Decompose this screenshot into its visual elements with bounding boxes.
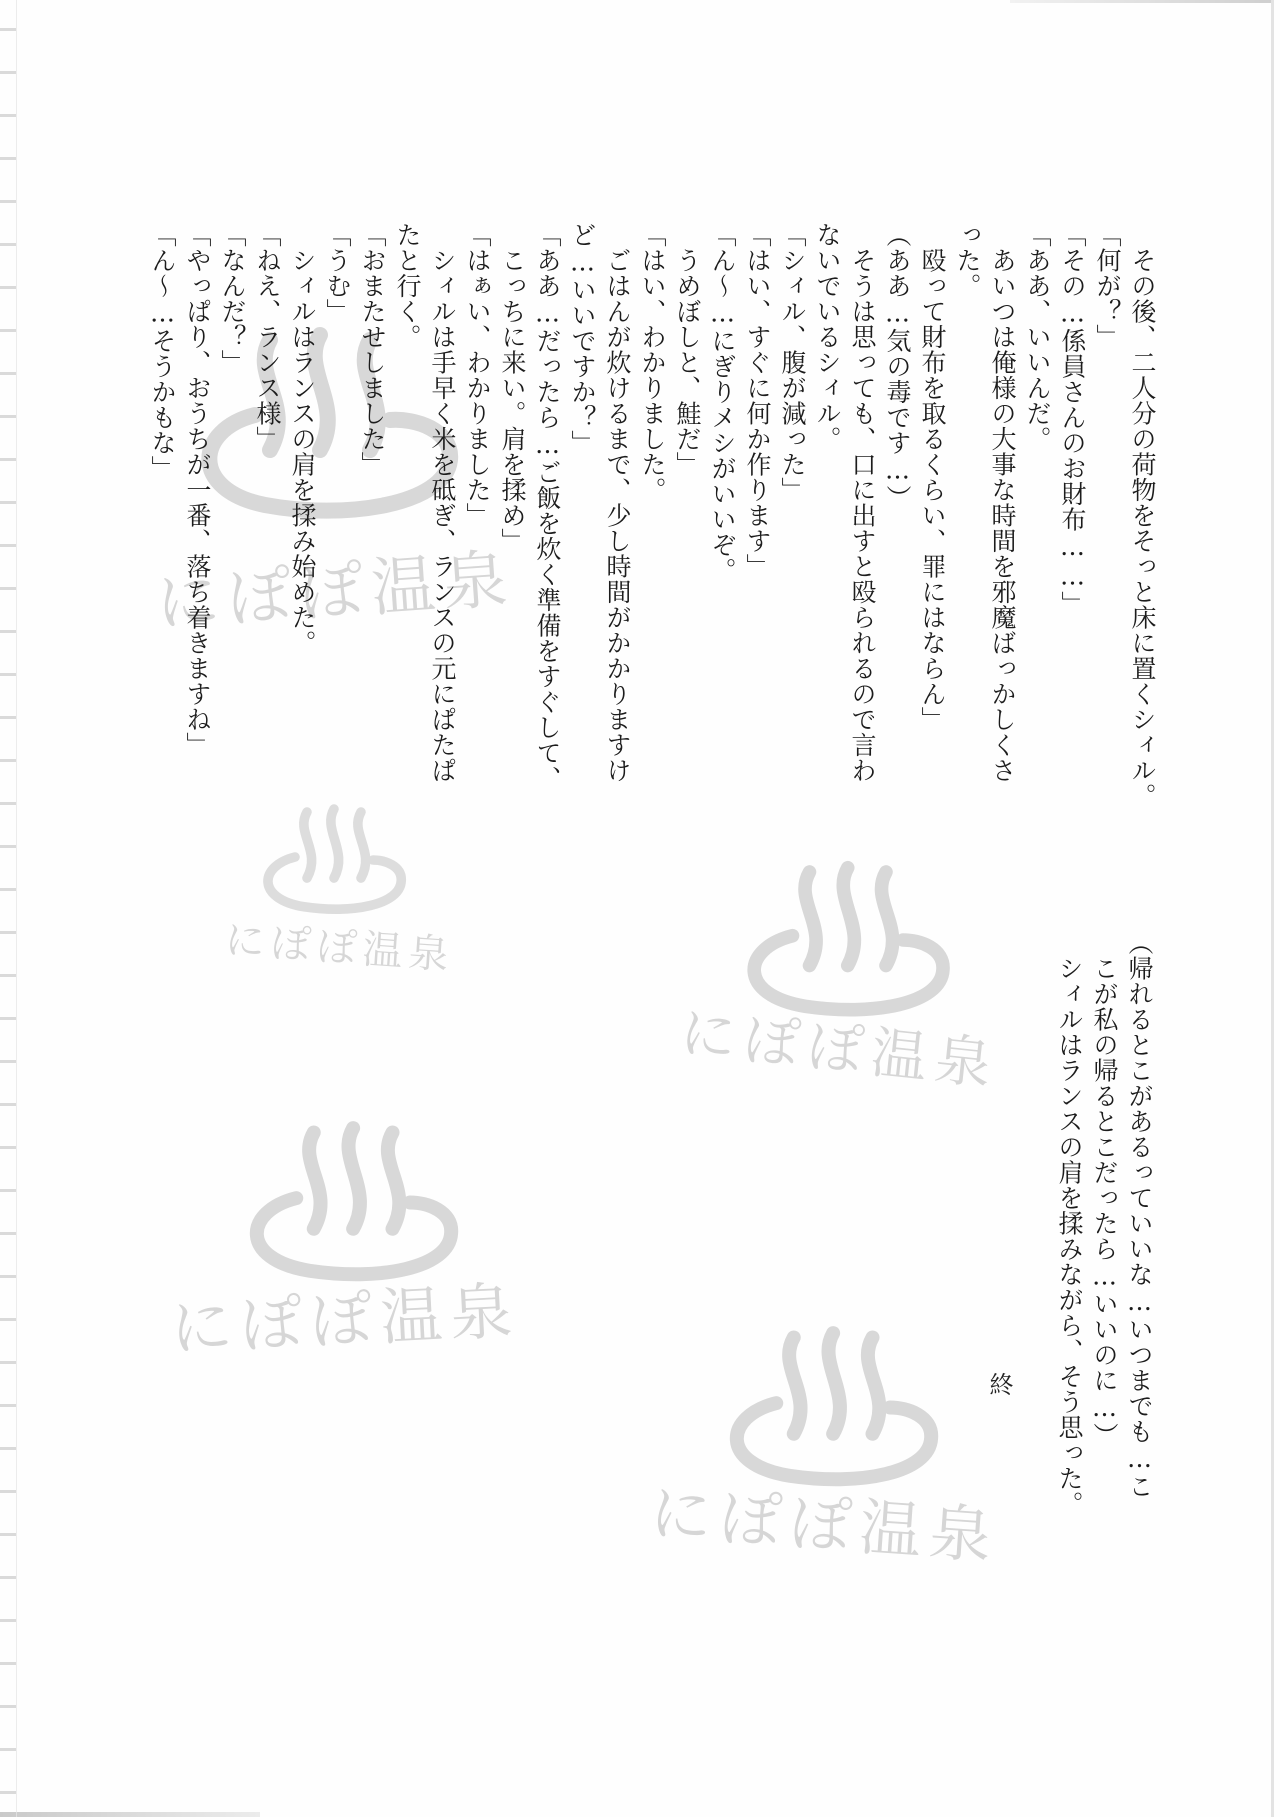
watermark-label: にぽぽ温泉 (223, 908, 456, 981)
text-column: 「ねえ、ランス様」 (250, 222, 280, 452)
watermark-4: にぽぽ温泉 (175, 1115, 520, 1359)
watermark-3: にぽぽ温泉 (690, 855, 1000, 1085)
text-column: シィルはランスの肩を揉みながら、そう思った。 (1052, 930, 1082, 1517)
watermark-label: にぽぽ温泉 (647, 1463, 1002, 1576)
page-right-edge (1271, 0, 1274, 1817)
hot-spring-icon (235, 800, 415, 920)
text-column: 「ん～…にぎりメシがいいぞ。 (705, 222, 735, 583)
text-column: 「うむ」 (320, 222, 350, 324)
binding-holes (0, 0, 17, 1817)
text-column: った。 (950, 222, 980, 299)
text-column: こっちに来い。肩を揉め」 (495, 222, 525, 554)
book-page: にぽぽ温泉 にぽぽ温泉 にぽぽ温泉 (0, 0, 1280, 1817)
page-top-edge (1010, 0, 1272, 3)
text-column: ど…いいですか？」 (565, 222, 595, 456)
text-column: ごはんが炊けるまで、少し時間がかかりますけ (600, 222, 630, 783)
text-column: そうは思っても、口に出すと殴られるので言わ (845, 222, 875, 783)
text-column: たと行く。 (390, 222, 420, 350)
text-column: うめぼしと、鮭だ」 (670, 222, 700, 477)
text-column: 「はぁい、わかりました」 (460, 222, 490, 528)
text-column: シィルはランスの肩を揉み始めた。 (285, 222, 315, 656)
text-column: 「ああ…だったら…ご飯を炊く準備をすぐして、 (530, 222, 560, 791)
page-bottom-edge (0, 1812, 260, 1817)
text-column: シィルは手早く米を砥ぎ、ランスの元にぱたぱ (425, 222, 455, 783)
text-column: 「シィル、腹が減った」 (775, 222, 805, 503)
end-mark: 終 (982, 1372, 1017, 1396)
text-column: 「ん～…そうかもな」 (145, 222, 175, 481)
text-column: 「やっぱり、おうちが一番、落ち着きますね」 (180, 222, 210, 758)
text-column: 「なんだ？」 (215, 222, 245, 375)
text-column: 「ああ、いいんだ。 (1020, 222, 1050, 452)
watermark-label: にぽぽ温泉 (677, 988, 1004, 1101)
watermark-label: にぽぽ温泉 (168, 1261, 522, 1368)
text-column: 「はい、すぐに何か作ります」 (740, 222, 770, 579)
text-column: こが私の帰るとこだったら…いいのに…） (1087, 930, 1117, 1448)
text-column: ないでいるシィル。 (810, 222, 840, 452)
text-column: あいつは俺様の大事な時間を邪魔ばっかしくさ (985, 222, 1015, 783)
text-column: 「おまたせしました」 (355, 222, 385, 477)
watermark-2: にぽぽ温泉 (235, 800, 455, 973)
hot-spring-icon (175, 1115, 505, 1290)
text-column: 「はい、わかりました。 (635, 222, 665, 503)
watermark-5: にぽぽ温泉 (655, 1320, 1000, 1564)
text-column: （ああ…気の毒です…） (880, 222, 910, 511)
text-column: 「その…係員さんのお財布……」 (1055, 222, 1085, 617)
text-column: 「何が？」 (1090, 222, 1120, 350)
hot-spring-icon (655, 1320, 985, 1495)
hot-spring-icon (690, 855, 980, 1025)
text-column: その後、二人分の荷物をそっと床に置くシィル。 (1125, 222, 1155, 809)
text-column: 殴って財布を取るくらい、罪にはならん」 (915, 222, 945, 732)
text-column: （帰れるとこがあるっていいな…いつまでも…こ (1122, 930, 1152, 1499)
